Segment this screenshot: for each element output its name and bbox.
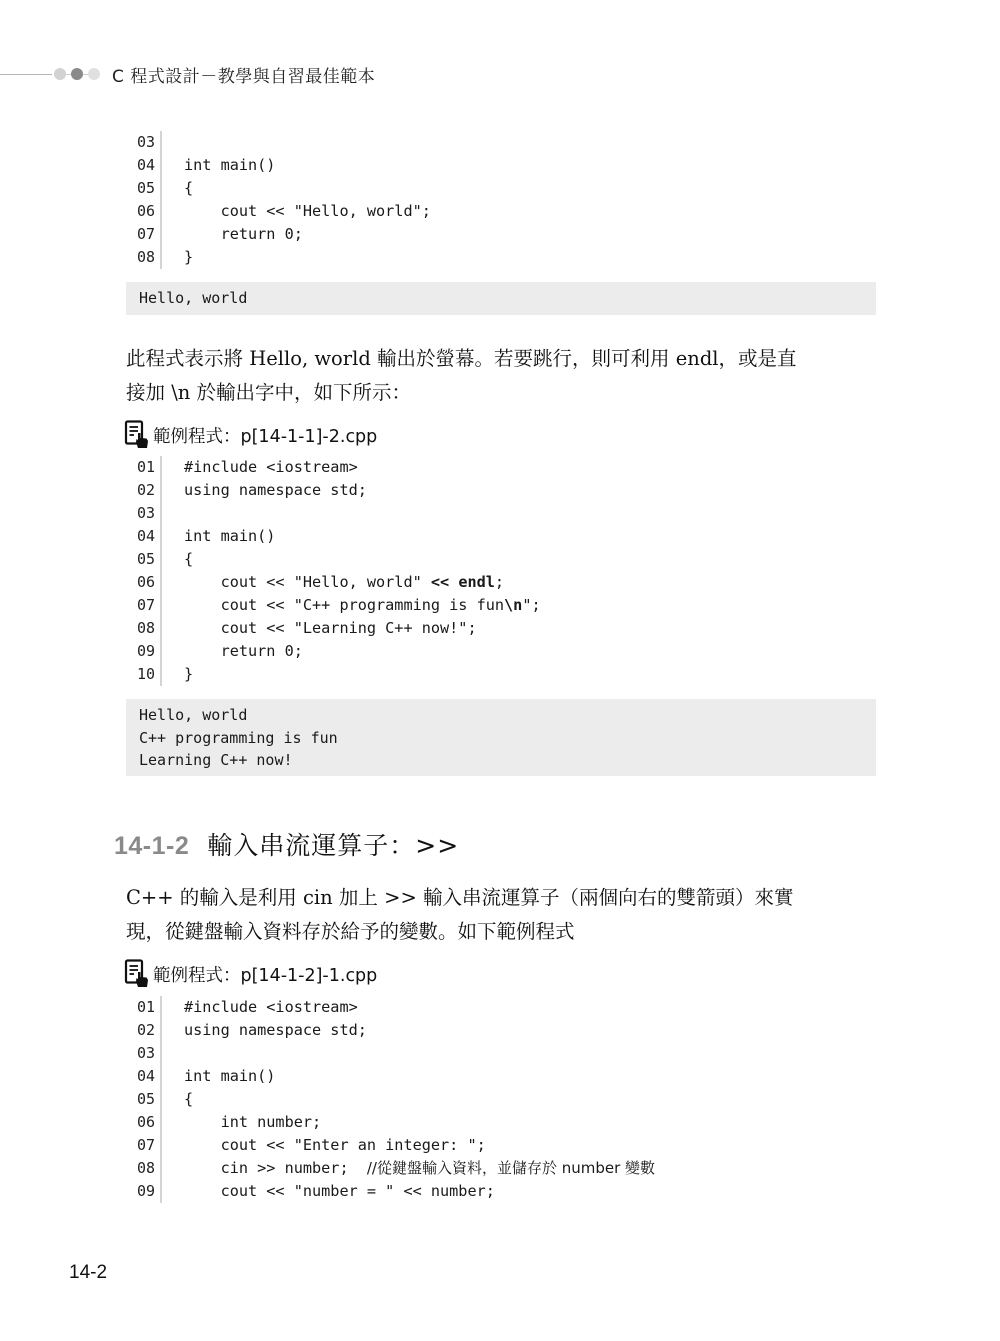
code-line: 05{ [126,177,431,200]
line-number: 08 [126,246,162,269]
code-text: return 0; [162,640,303,663]
body-paragraph: 此程式表示將 Hello, world 輸出於螢幕。若要跳行，則可利用 endl… [126,342,878,410]
code-text: cout << "number = " << number; [162,1180,495,1203]
code-line: 03 [126,131,431,154]
code-segment: cout << "C++ programming is fun [184,596,504,614]
code-segment: cout << "Hello, world" [184,573,431,591]
code-example-icon [124,959,150,989]
code-listing: 01#include <iostream> 02using namespace … [126,996,655,1203]
program-output: Hello, world C++ programming is fun Lear… [126,699,876,776]
line-number: 01 [126,456,162,479]
code-text: } [162,246,193,269]
book-title: C 程式設計－教學與自習最佳範本 [112,62,375,87]
running-header: C 程式設計－教學與自習最佳範本 [0,62,375,86]
line-number: 04 [126,1065,162,1088]
paragraph-line: 現，從鍵盤輸入資料存於給予的變數。如下範例程式 [126,915,878,949]
line-number: 04 [126,525,162,548]
code-line: 06 cout << "Hello, world" << endl; [126,571,541,594]
line-number: 03 [126,1042,162,1065]
example-caption: 範例程式：p[14-1-2]-1.cpp [124,958,377,990]
code-line: 08 cout << "Learning C++ now!"; [126,617,541,640]
code-text: return 0; [162,223,303,246]
code-text: cout << "Enter an integer: "; [162,1134,486,1157]
code-text: { [162,1088,193,1111]
paragraph-line: 此程式表示將 Hello, world 輸出於螢幕。若要跳行，則可利用 endl… [126,342,878,376]
line-number: 02 [126,479,162,502]
line-number: 08 [126,1157,162,1180]
program-output: Hello, world [126,282,876,315]
line-number: 02 [126,1019,162,1042]
code-text: #include <iostream> [162,456,358,479]
code-text [162,131,184,154]
code-highlight: \n [504,596,522,614]
code-line: 02using namespace std; [126,479,541,502]
code-line: 08 cin >> number; //從鍵盤輸入資料，並儲存於 number … [126,1157,655,1180]
example-caption: 範例程式：p[14-1-1]-2.cpp [124,419,377,451]
line-number: 01 [126,996,162,1019]
header-rule [0,74,52,75]
code-text: cout << "Learning C++ now!"; [162,617,477,640]
code-comment: //從鍵盤輸入資料，並儲存於 number 變數 [367,1159,655,1177]
code-line: 10} [126,663,541,686]
code-line: 06 int number; [126,1111,655,1134]
code-text: using namespace std; [162,479,367,502]
code-line: 02using namespace std; [126,1019,655,1042]
example-filename: 範例程式：p[14-1-2]-1.cpp [153,962,377,987]
line-number: 05 [126,548,162,571]
code-segment: cin >> number; [184,1159,367,1177]
line-number: 10 [126,663,162,686]
paragraph-line: C++ 的輸入是利用 cin 加上 >> 輸入串流運算子（兩個向右的雙箭頭）來實 [126,881,878,915]
line-number: 07 [126,594,162,617]
code-line: 01#include <iostream> [126,456,541,479]
code-line: 07 cout << "C++ programming is fun\n"; [126,594,541,617]
paragraph-line: 接加 \n 於輸出字中，如下所示： [126,376,878,410]
output-line: Learning C++ now! [139,749,863,772]
code-text: { [162,177,193,200]
line-number: 03 [126,131,162,154]
code-line: 05{ [126,1088,655,1111]
line-number: 08 [126,617,162,640]
line-number: 09 [126,1180,162,1203]
header-dot-icon [54,68,66,80]
section-number: 14-1-2 [114,832,189,861]
code-segment: "; [522,596,540,614]
code-line: 06 cout << "Hello, world"; [126,200,431,223]
code-text: int number; [162,1111,321,1134]
code-text: #include <iostream> [162,996,358,1019]
code-line: 07 cout << "Enter an integer: "; [126,1134,655,1157]
code-line: 07 return 0; [126,223,431,246]
code-text: cout << "C++ programming is fun\n"; [162,594,541,617]
section-heading: 14-1-2 輸入串流運算子：>> [114,826,459,862]
output-line: Hello, world [139,704,863,727]
line-number: 06 [126,571,162,594]
page-number: 14-2 [69,1262,107,1284]
code-text: int main() [162,525,275,548]
body-paragraph: C++ 的輸入是利用 cin 加上 >> 輸入串流運算子（兩個向右的雙箭頭）來實… [126,881,878,949]
code-segment: ; [495,573,504,591]
code-line: 05{ [126,548,541,571]
line-number: 05 [126,177,162,200]
code-text: { [162,548,193,571]
code-text: using namespace std; [162,1019,367,1042]
line-number: 07 [126,223,162,246]
code-text: cin >> number; //從鍵盤輸入資料，並儲存於 number 變數 [162,1157,655,1180]
code-text: int main() [162,1065,275,1088]
code-line: 09 return 0; [126,640,541,663]
output-line: Hello, world [139,287,863,310]
code-text: cout << "Hello, world"; [162,200,431,223]
line-number: 09 [126,640,162,663]
code-text: } [162,663,193,686]
code-text: int main() [162,154,275,177]
code-text [162,502,184,525]
code-line: 03 [126,1042,655,1065]
code-listing: 01#include <iostream> 02using namespace … [126,456,541,686]
example-filename: 範例程式：p[14-1-1]-2.cpp [153,423,377,448]
line-number: 06 [126,200,162,223]
code-listing-continued: 03 04int main() 05{ 06 cout << "Hello, w… [126,131,431,269]
line-number: 06 [126,1111,162,1134]
code-line: 04int main() [126,154,431,177]
code-text [162,1042,184,1065]
code-highlight: << endl [431,573,495,591]
output-line: C++ programming is fun [139,727,863,750]
line-number: 03 [126,502,162,525]
header-dot-icon [71,68,83,80]
code-line: 08} [126,246,431,269]
header-dot-icon [88,68,100,80]
code-text: cout << "Hello, world" << endl; [162,571,504,594]
code-example-icon [124,420,150,450]
section-title: 輸入串流運算子：>> [207,826,459,862]
code-line: 09 cout << "number = " << number; [126,1180,655,1203]
code-line: 01#include <iostream> [126,996,655,1019]
line-number: 05 [126,1088,162,1111]
line-number: 07 [126,1134,162,1157]
line-number: 04 [126,154,162,177]
code-line: 04int main() [126,525,541,548]
code-line: 04int main() [126,1065,655,1088]
code-line: 03 [126,502,541,525]
